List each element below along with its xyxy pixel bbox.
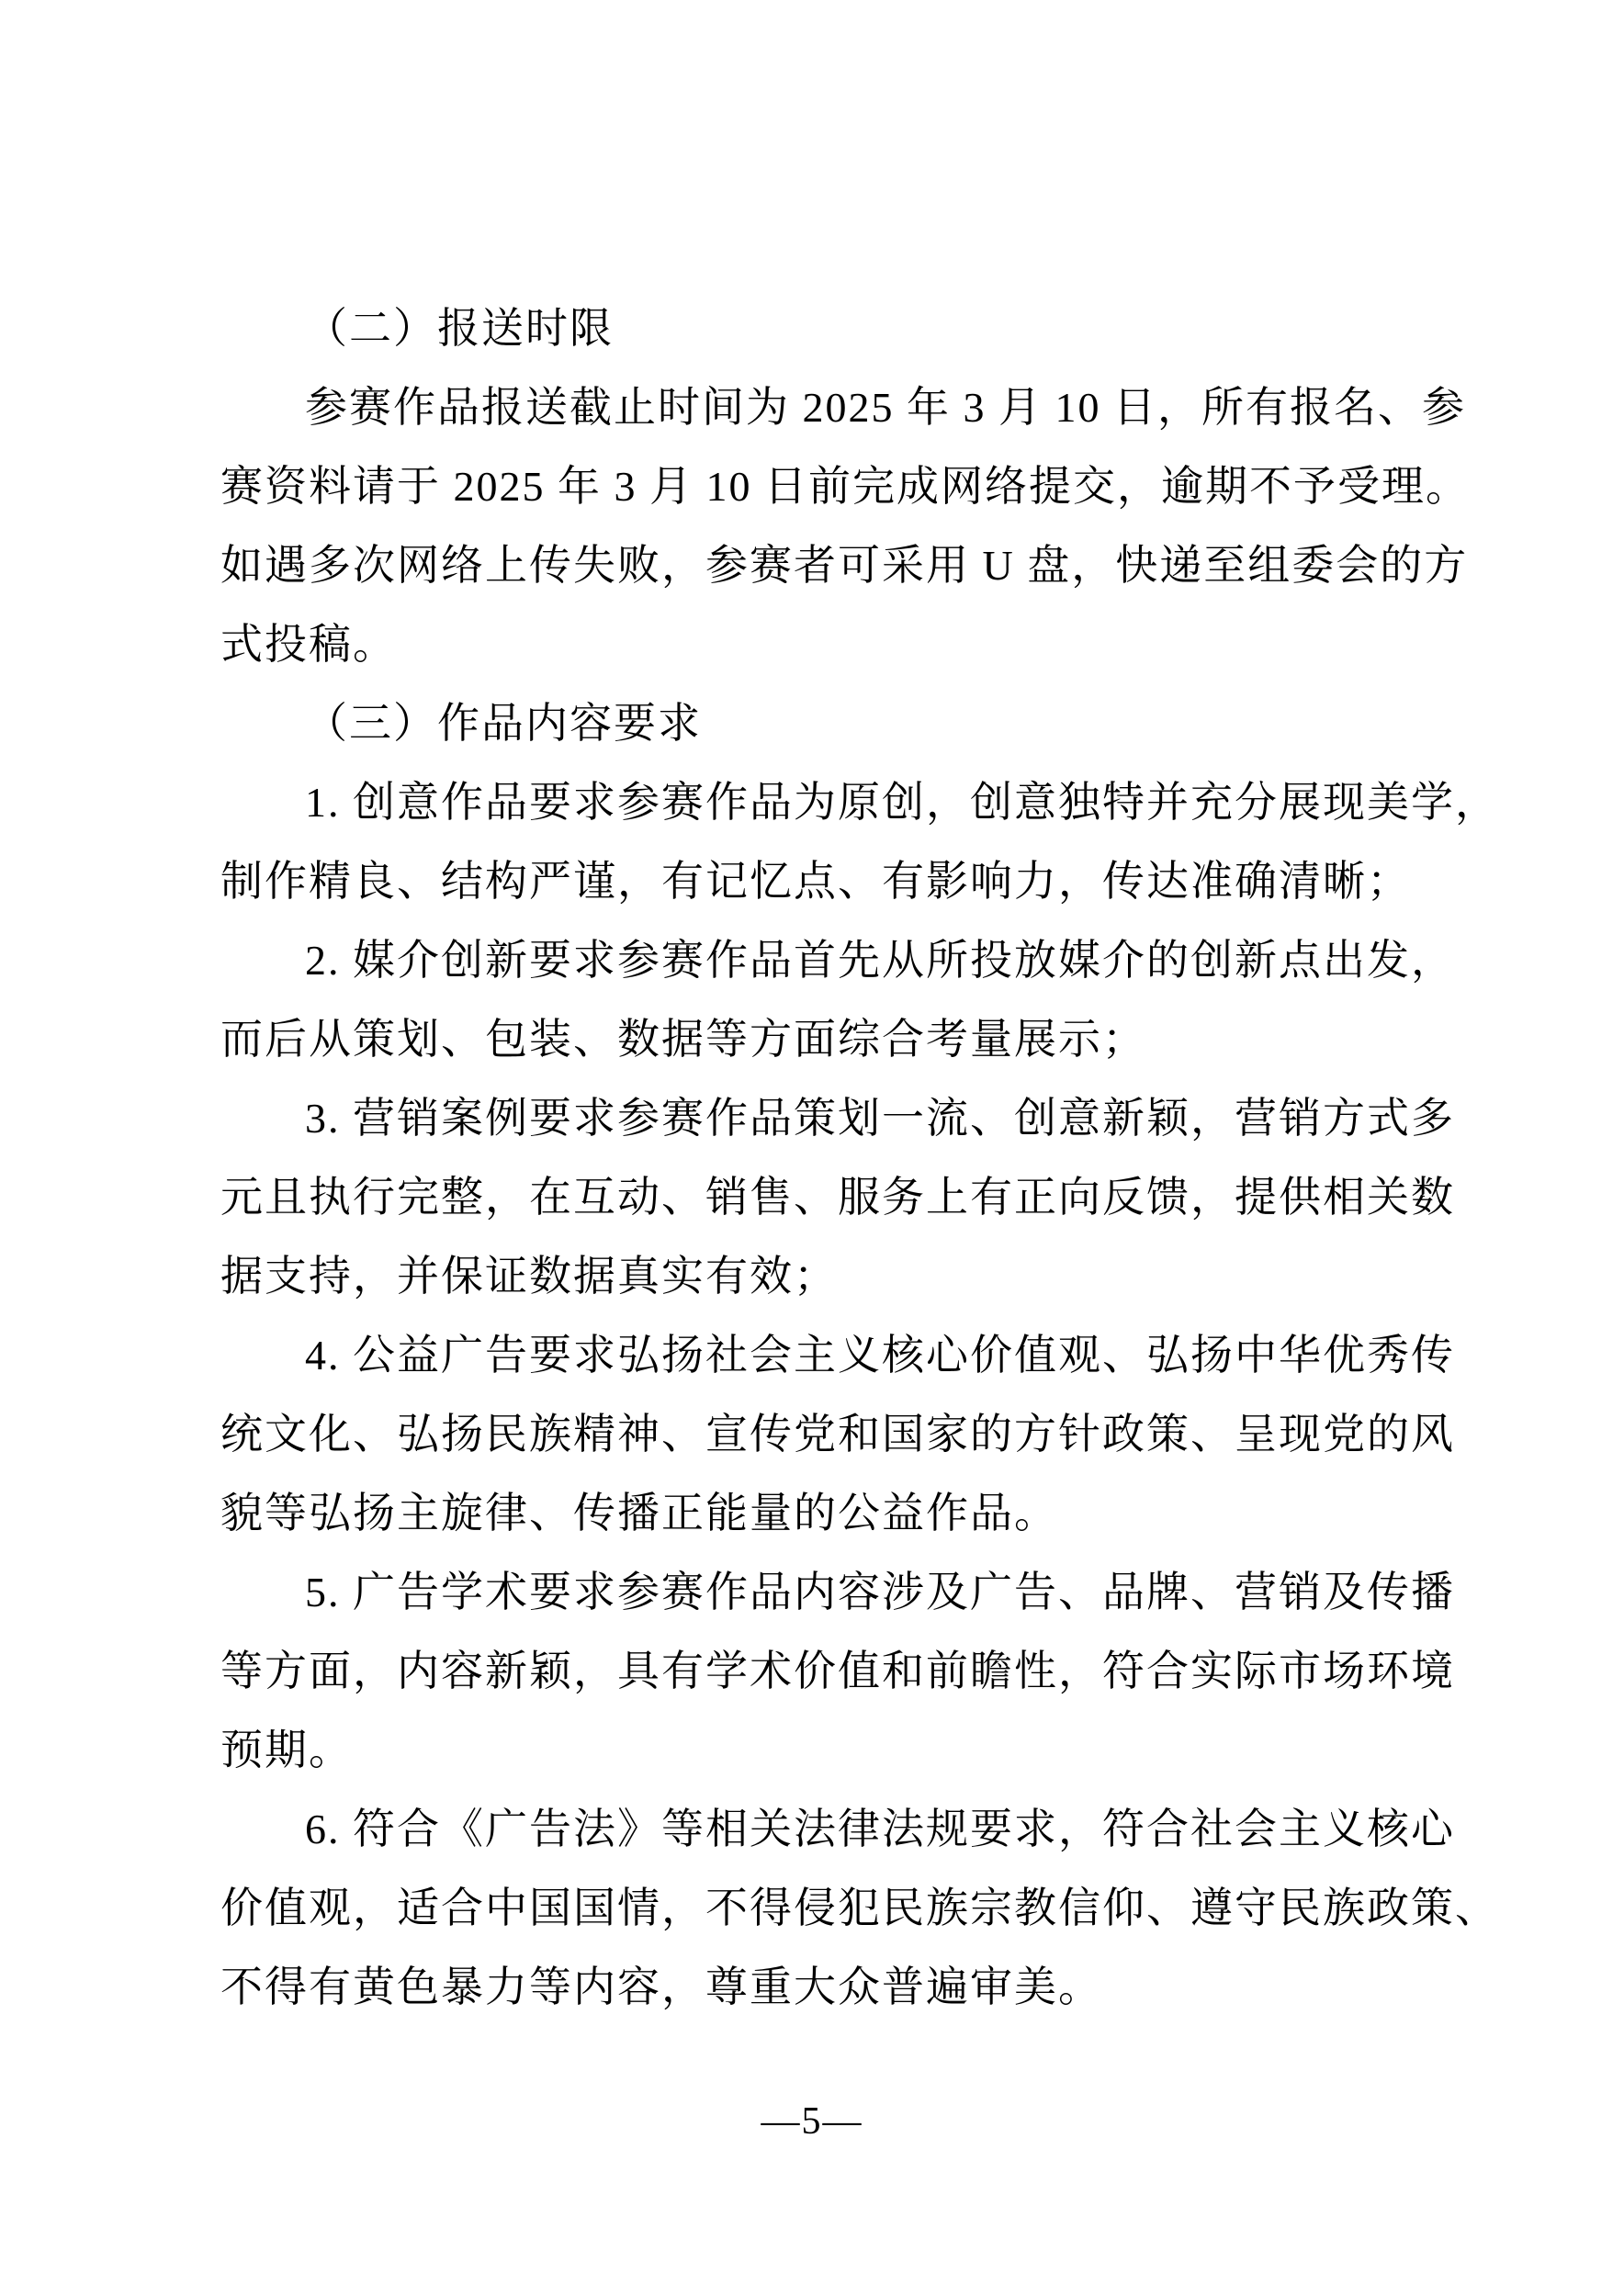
text-line: 貌等弘扬主旋律、传播正能量的公益作品。 — [220, 1474, 1426, 1553]
text-line: 价值观，适合中国国情，不得侵犯民族宗教信仰、遵守民族政策、 — [220, 1869, 1426, 1948]
text-line: 4. 公益广告要求弘扬社会主义核心价值观、弘扬中华优秀传 — [220, 1316, 1426, 1395]
text-line: 据支持，并保证数据真实有效； — [220, 1237, 1426, 1316]
text-line: 3. 营销案例要求参赛作品策划一流、创意新颖，营销方式多 — [220, 1079, 1426, 1158]
text-line: 1. 创意作品要求参赛作品为原创，创意独特并充分展现美学， — [220, 763, 1426, 842]
text-line: （二）报送时限 — [220, 289, 1426, 368]
document-body: （二）报送时限参赛作品报送截止时间为 2025 年 3 月 10 日，所有报名、… — [220, 289, 1426, 2027]
text-line: 2. 媒介创新要求参赛作品首先从所投放媒介的创新点出发， — [220, 921, 1426, 1000]
text-line: 统文化、弘扬民族精神、宣传党和国家的方针政策、呈现党的风 — [220, 1395, 1426, 1474]
text-line: 等方面，内容新颖，具有学术价值和前瞻性，符合实际市场环境 — [220, 1632, 1426, 1711]
text-line: 5. 广告学术要求参赛作品内容涉及广告、品牌、营销及传播 — [220, 1553, 1426, 1632]
text-line: 式投稿。 — [220, 605, 1426, 684]
text-line: 元且执行完整，在互动、销售、服务上有正向反馈，提供相关数 — [220, 1158, 1426, 1237]
text-line: 参赛作品报送截止时间为 2025 年 3 月 10 日，所有报名、参 — [220, 368, 1426, 447]
text-line: 制作精良、结构严谨，有记忆点、有影响力，传达准确清晰； — [220, 842, 1426, 921]
text-line: 而后从策划、包装、数据等方面综合考量展示； — [220, 1000, 1426, 1079]
page-number: —5— — [0, 2099, 1624, 2144]
text-line: 6. 符合《广告法》等相关法律法规要求，符合社会主义核心 — [220, 1790, 1426, 1869]
text-line: （三）作品内容要求 — [220, 684, 1426, 763]
document-page: （二）报送时限参赛作品报送截止时间为 2025 年 3 月 10 日，所有报名、… — [0, 0, 1624, 2296]
text-line: 预期。 — [220, 1711, 1426, 1790]
text-line: 赛资料请于 2025 年 3 月 10 日前完成网络提交，逾期不予受理。 — [220, 447, 1426, 526]
text-line: 如遇多次网络上传失败，参赛者可采用 U 盘，快递至组委会的方 — [220, 526, 1426, 605]
text-line: 不得有黄色暴力等内容，尊重大众普遍审美。 — [220, 1948, 1426, 2027]
